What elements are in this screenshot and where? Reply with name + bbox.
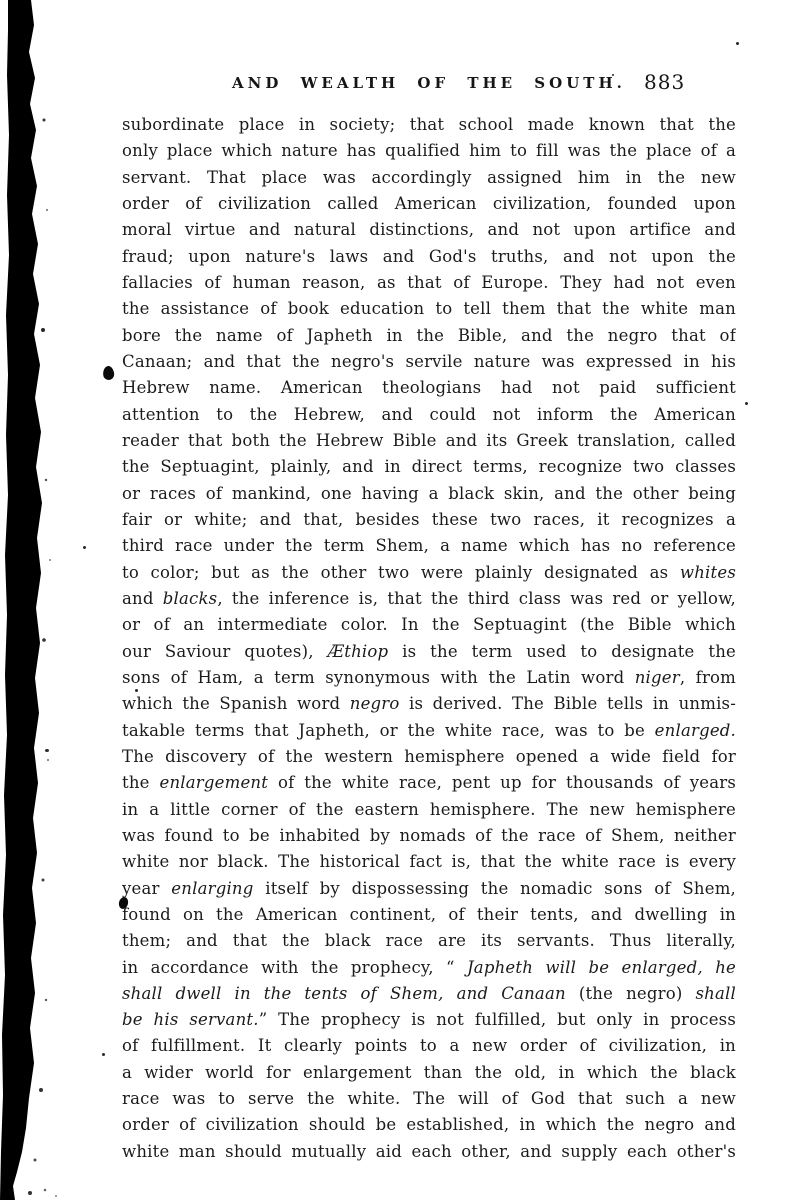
italic-text-segment: shall: [696, 984, 737, 1003]
text-segment: in accordance with the prophecy, “: [122, 958, 467, 977]
italic-text-segment: Æthiop: [328, 642, 389, 661]
text-segment: a wider world for enlargement than the o…: [122, 1063, 736, 1082]
text-line: them; and that the black race are its se…: [122, 928, 736, 954]
text-segment: third race under the term Shem, a name w…: [122, 536, 736, 555]
text-segment: servant. That place was accordingly assi…: [122, 168, 736, 187]
text-line: white nor black. The historical fact is,…: [122, 849, 736, 875]
text-segment: which the Spanish word: [122, 694, 350, 713]
text-line: the enlargement of the white race, pent …: [122, 770, 736, 796]
text-line: year enlarging itself by dispossessing t…: [122, 876, 736, 902]
text-segment: the Septuagint, plainly, and in direct t…: [122, 457, 736, 476]
scanned-book-page: AND WEALTH OF THE SOUTH. 883 subordinate…: [0, 0, 808, 1200]
text-segment: , from: [680, 668, 736, 687]
text-line: bore the name of Japheth in the Bible, a…: [122, 323, 736, 349]
text-segment: or of an intermediate color. In the Sept…: [122, 615, 736, 634]
page-number: 883: [644, 70, 685, 94]
text-segment: the: [122, 773, 160, 792]
scan-speck: [745, 402, 748, 405]
text-line: in accordance with the prophecy, “ Japhe…: [122, 955, 736, 981]
text-segment: found on the American continent, of thei…: [122, 905, 736, 924]
text-segment: takable terms that Japheth, or the white…: [122, 721, 655, 740]
text-line: Canaan; and that the negro's servile nat…: [122, 349, 736, 375]
text-segment: of fulfillment. It clearly points to a n…: [122, 1036, 736, 1055]
text-line: order of civilization should be establis…: [122, 1112, 736, 1138]
italic-text-segment: enlarging: [171, 879, 253, 898]
text-line: third race under the term Shem, a name w…: [122, 533, 736, 559]
text-line: moral virtue and natural distinctions, a…: [122, 217, 736, 243]
text-segment: reader that both the Hebrew Bible and it…: [122, 431, 736, 450]
text-line: only place which nature has qualified hi…: [122, 138, 736, 164]
text-line: white man should mutually aid each other…: [122, 1139, 736, 1165]
scan-speck: [45, 749, 49, 752]
text-segment: fallacies of human reason, as that of Eu…: [122, 273, 736, 292]
text-segment: in a little corner of the eastern hemisp…: [122, 800, 736, 819]
text-line: servant. That place was accordingly assi…: [122, 165, 736, 191]
text-line: or races of mankind, one having a black …: [122, 481, 736, 507]
text-line: fallacies of human reason, as that of Eu…: [122, 270, 736, 296]
text-segment: attention to the Hebrew, and could not i…: [122, 405, 736, 424]
scan-speck: [736, 42, 739, 45]
text-segment: fraud; upon nature's laws and God's trut…: [122, 247, 736, 266]
text-segment: only place which nature has qualified hi…: [122, 141, 736, 160]
text-line: a wider world for enlargement than the o…: [122, 1060, 736, 1086]
text-segment: itself by dispossessing the nomadic sons…: [254, 879, 736, 898]
italic-text-segment: blacks: [163, 589, 218, 608]
text-segment: fair or white; and that, besides these t…: [122, 510, 736, 529]
text-line: reader that both the Hebrew Bible and it…: [122, 428, 736, 454]
text-line: race was to serve the white. The will of…: [122, 1086, 736, 1112]
text-segment: is derived. The Bible tells in unmis-: [400, 694, 736, 713]
italic-text-segment: enlargement: [160, 773, 269, 792]
text-line: or of an intermediate color. In the Sept…: [122, 612, 736, 638]
text-line: Hebrew name. American theologians had no…: [122, 375, 736, 401]
text-line: attention to the Hebrew, and could not i…: [122, 402, 736, 428]
scan-speck: [612, 74, 614, 76]
text-segment: is the term used to designate the: [388, 642, 736, 661]
italic-text-segment: niger: [635, 668, 680, 687]
body-text: subordinate place in society; that schoo…: [122, 112, 736, 1165]
text-line: which the Spanish word negro is derived.…: [122, 691, 736, 717]
text-segment: or races of mankind, one having a black …: [122, 484, 736, 503]
scan-speck: [102, 1053, 105, 1056]
text-segment: of the white race, pent up for thousands…: [268, 773, 736, 792]
scan-speck: [83, 546, 86, 549]
text-line: subordinate place in society; that schoo…: [122, 112, 736, 138]
italic-text-segment: whites: [680, 563, 736, 582]
italic-text-segment: Japheth will be enlarged, he: [467, 958, 736, 977]
text-line: the assistance of book education to tell…: [122, 296, 736, 322]
text-segment: ” The prophecy is not fulfilled, but onl…: [259, 1010, 736, 1029]
text-segment: white nor black. The historical fact is,…: [122, 852, 736, 871]
text-line: was found to be inhabited by nomads of t…: [122, 823, 736, 849]
text-segment: Canaan; and that the negro's servile nat…: [122, 352, 736, 371]
italic-text-segment: negro: [350, 694, 400, 713]
margin-ink-blot-mark: [102, 365, 115, 380]
text-line: and blacks, the inference is, that the t…: [122, 586, 736, 612]
scan-gutter-band: [0, 0, 64, 1200]
scan-speck: [135, 689, 138, 692]
text-line: of fulfillment. It clearly points to a n…: [122, 1033, 736, 1059]
text-line: The discovery of the western hemisphere …: [122, 744, 736, 770]
italic-text-segment: shall dwell in the tents of Shem, and Ca…: [122, 984, 566, 1003]
text-line: takable terms that Japheth, or the white…: [122, 718, 736, 744]
text-segment: white man should mutually aid each other…: [122, 1142, 736, 1161]
text-segment: year: [122, 879, 171, 898]
text-line: in a little corner of the eastern hemisp…: [122, 797, 736, 823]
text-line: fraud; upon nature's laws and God's trut…: [122, 244, 736, 270]
text-segment: The discovery of the western hemisphere …: [122, 747, 736, 766]
text-segment: Hebrew name. American theologians had no…: [122, 378, 736, 397]
text-segment: order of civilization called American ci…: [122, 194, 736, 213]
text-line: sons of Ham, a term synonymous with the …: [122, 665, 736, 691]
text-line: to color; but as the other two were plai…: [122, 560, 736, 586]
italic-text-segment: enlarged.: [655, 721, 736, 740]
text-segment: them; and that the black race are its se…: [122, 931, 736, 950]
text-segment: race was to serve the white. The will of…: [122, 1089, 736, 1108]
text-segment: and: [122, 589, 163, 608]
text-segment: order of civilization should be establis…: [122, 1115, 736, 1134]
italic-text-segment: be his servant.: [122, 1010, 259, 1029]
text-line: shall dwell in the tents of Shem, and Ca…: [122, 981, 736, 1007]
text-line: be his servant.” The prophecy is not ful…: [122, 1007, 736, 1033]
text-line: order of civilization called American ci…: [122, 191, 736, 217]
text-segment: sons of Ham, a term synonymous with the …: [122, 668, 635, 687]
text-segment: subordinate place in society; that schoo…: [122, 115, 736, 134]
text-segment: to color; but as the other two were plai…: [122, 563, 680, 582]
text-line: found on the American continent, of thei…: [122, 902, 736, 928]
text-segment: , the inference is, that the third class…: [217, 589, 736, 608]
text-segment: our Saviour quotes),: [122, 642, 328, 661]
text-segment: (the negro): [566, 984, 696, 1003]
text-segment: moral virtue and natural distinctions, a…: [122, 220, 736, 239]
text-line: our Saviour quotes), Æthiop is the term …: [122, 639, 736, 665]
text-segment: bore the name of Japheth in the Bible, a…: [122, 326, 736, 345]
running-title: AND WEALTH OF THE SOUTH.: [232, 74, 626, 92]
text-line: the Septuagint, plainly, and in direct t…: [122, 454, 736, 480]
text-line: fair or white; and that, besides these t…: [122, 507, 736, 533]
text-segment: the assistance of book education to tell…: [122, 299, 736, 318]
text-segment: was found to be inhabited by nomads of t…: [122, 826, 736, 845]
